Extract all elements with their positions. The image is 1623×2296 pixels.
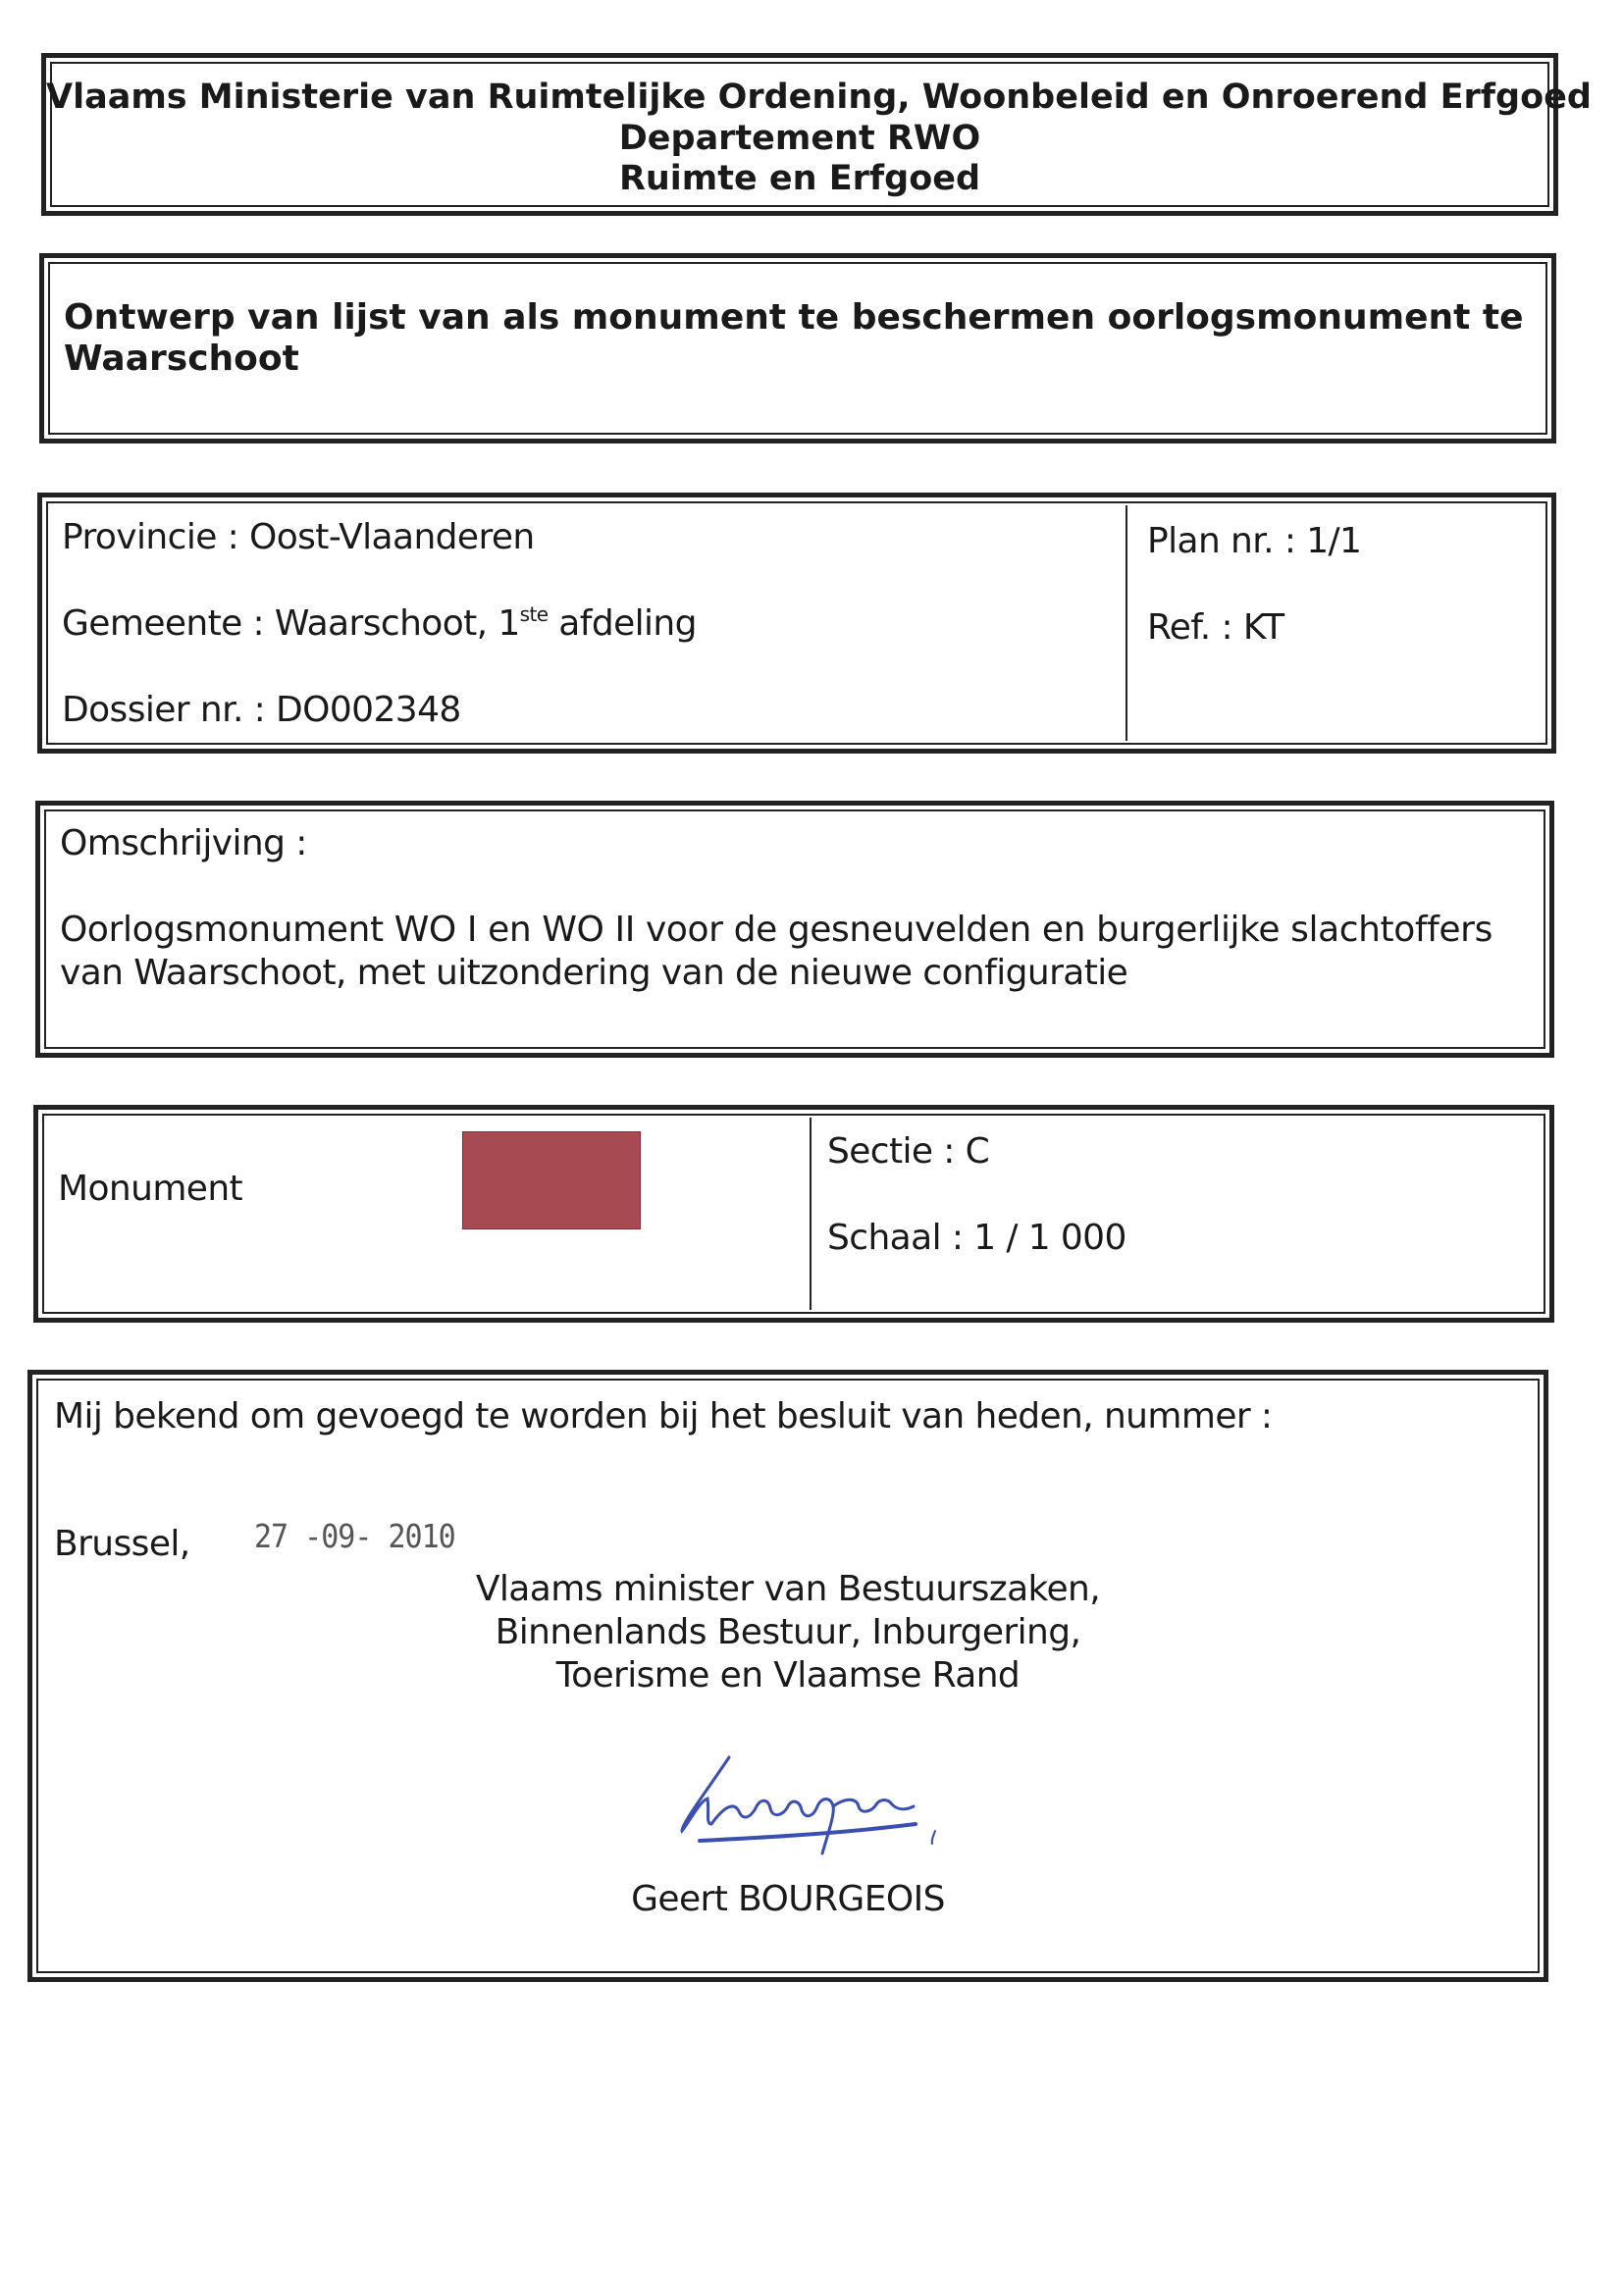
document-title-line1: Ontwerp van lijst van als monument te be… xyxy=(64,297,1524,338)
plan-number-field: Plan nr. : 1/1 xyxy=(1147,521,1361,561)
legend-divider xyxy=(810,1118,811,1310)
sectie-field: Sectie : C xyxy=(827,1131,989,1172)
minister-title-line3: Toerisme en Vlaamse Rand xyxy=(32,1655,1544,1696)
signatory-name: Geert BOURGEOIS xyxy=(32,1879,1544,1919)
dossier-field: Dossier nr. : DO002348 xyxy=(62,690,461,730)
ministry-header-box: Vlaams Ministerie van Ruimtelijke Ordeni… xyxy=(41,53,1558,216)
legend-box: Monument Sectie : C Schaal : 1 / 1 000 xyxy=(33,1105,1554,1323)
description-label: Omschrijving : xyxy=(60,823,307,863)
monument-legend-label: Monument xyxy=(58,1169,242,1209)
schaal-field: Schaal : 1 / 1 000 xyxy=(827,1218,1126,1258)
ministry-name: Vlaams Ministerie van Ruimtelijke Ordeni… xyxy=(46,78,1553,117)
gemeente-field: Gemeente : Waarschoot, 1ste afdeling xyxy=(62,603,697,644)
info-divider xyxy=(1126,505,1127,741)
document-title-box: Ontwerp van lijst van als monument te be… xyxy=(39,253,1556,444)
location-info-box: Provincie : Oost-Vlaanderen Gemeente : W… xyxy=(37,493,1556,754)
description-box: Omschrijving : Oorlogsmonument WO I en W… xyxy=(35,801,1554,1058)
description-line1: Oorlogsmonument WO I en WO II voor de ge… xyxy=(60,910,1492,950)
provincie-field: Provincie : Oost-Vlaanderen xyxy=(62,517,535,557)
signature-icon xyxy=(641,1728,1112,1865)
minister-title-line2: Binnenlands Bestuur, Inburgering, xyxy=(32,1612,1544,1652)
description-line2: van Waarschoot, met uitzondering van de … xyxy=(60,953,1127,993)
date-stamp: 27 -09- 2010 xyxy=(254,1518,455,1556)
division-name: Ruimte en Erfgoed xyxy=(46,159,1553,198)
approval-place: Brussel, xyxy=(54,1524,190,1564)
approval-box: Mij bekend om gevoegd te worden bij het … xyxy=(27,1370,1548,1982)
approval-statement: Mij bekend om gevoegd te worden bij het … xyxy=(54,1396,1272,1436)
gemeente-text: Gemeente : Waarschoot, 1 xyxy=(62,603,520,644)
gemeente-ordinal: ste xyxy=(520,602,549,626)
document-title-line2: Waarschoot xyxy=(64,339,299,379)
monument-legend-swatch xyxy=(462,1131,641,1229)
minister-title-line1: Vlaams minister van Bestuurszaken, xyxy=(32,1569,1544,1609)
department-name: Departement RWO xyxy=(46,119,1553,158)
reference-field: Ref. : KT xyxy=(1147,607,1283,648)
gemeente-afdeling: afdeling xyxy=(548,603,696,644)
